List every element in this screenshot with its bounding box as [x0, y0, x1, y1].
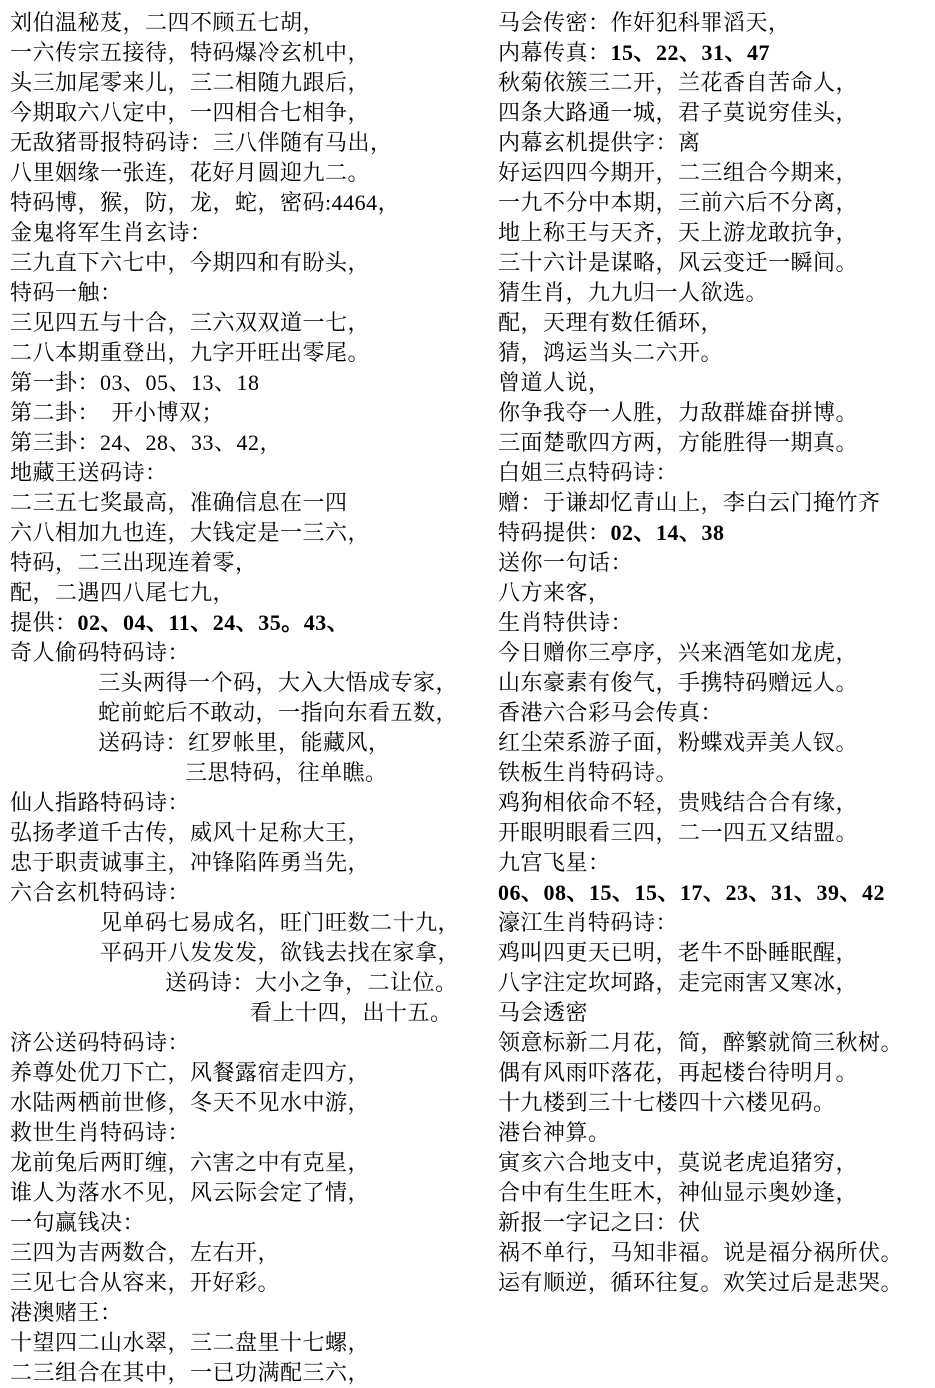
- line-text: 地藏王送码诗：: [10, 460, 168, 485]
- text-line: 开眼明眼看三四，二一四五又结盟。: [498, 818, 935, 848]
- line-text: 第二卦： 开小博双；: [10, 400, 224, 425]
- line-text: 八方来客，: [498, 580, 611, 605]
- line-text: 送码诗：大小之争，二让位。: [165, 970, 458, 995]
- text-line: 头三加尾零来儿，三二相随九跟后，: [10, 68, 480, 98]
- line-text: 港台神算。: [498, 1120, 611, 1145]
- line-text: 二三五七奖最高，准确信息在一四: [10, 490, 348, 515]
- text-line: 配，二遇四八尾七九，: [10, 578, 480, 608]
- text-line: 提供：02、04、11、24、35。43、: [10, 608, 480, 638]
- line-text: 山东豪素有俊气，手携特码赠远人。: [498, 670, 858, 695]
- text-line: 送码诗：红罗帐里，能藏风，: [10, 728, 480, 758]
- text-line: 马会透密: [498, 998, 935, 1028]
- line-text: 合中有生生旺木，神仙显示奥妙逢，: [498, 1180, 858, 1205]
- line-text: 九宫飞星：: [498, 850, 611, 875]
- line-text: 八字注定坎坷路，走完雨害又寒冰，: [498, 970, 858, 995]
- line-text: 鸡狗相依命不轻，贵贱结合合有缘，: [498, 790, 858, 815]
- text-line: 山东豪素有俊气，手携特码赠远人。: [498, 668, 935, 698]
- line-text: 濠江生肖特码诗：: [498, 910, 678, 935]
- line-text: 内幕传真：: [498, 40, 611, 65]
- text-line: 三十六计是谋略，风云变迁一瞬间。: [498, 248, 935, 278]
- line-text: 金鬼将军生肖玄诗：: [10, 220, 213, 245]
- text-line: 仙人指路特码诗：: [10, 788, 480, 818]
- line-text: 今期取六八定中，一四相合七相争，: [10, 100, 370, 125]
- text-line: 养尊处优刀下亡，风餐露宿走四方，: [10, 1058, 480, 1088]
- line-text: 第三卦：24、28、33、42，: [10, 430, 282, 455]
- line-text: 见单码七易成名，旺门旺数二十九，: [100, 910, 460, 935]
- line-text: 六八相加九也连，大钱定是一三六，: [10, 520, 370, 545]
- line-text: 龙前兔后两盯缠，六害之中有克星，: [10, 1150, 370, 1175]
- line-text: 偶有风雨吓落花，再起楼台待明月。: [498, 1060, 858, 1085]
- text-line: 三九直下六七中，今期四和有盼头，: [10, 248, 480, 278]
- bold-number-text: 02、04、11、24、35。43、: [78, 610, 350, 635]
- text-line: 马会传密：作奸犯科罪滔天，: [498, 8, 935, 38]
- line-text: 三九直下六七中，今期四和有盼头，: [10, 250, 370, 275]
- line-text: 特码，二三出现连着零，: [10, 550, 258, 575]
- text-line: 六合玄机特码诗：: [10, 878, 480, 908]
- line-text: 提供：: [10, 610, 78, 635]
- text-line: 濠江生肖特码诗：: [498, 908, 935, 938]
- text-line: 弘扬孝道千古传，威风十足称大王，: [10, 818, 480, 848]
- text-line: 港澳赌王：: [10, 1298, 480, 1328]
- text-line: 看上十四，出十五。: [10, 998, 480, 1028]
- line-text: 弘扬孝道千古传，威风十足称大王，: [10, 820, 370, 845]
- text-line: 祸不单行，马知非福。说是福分祸所伏。: [498, 1238, 935, 1268]
- text-line: 第二卦： 开小博双；: [10, 398, 480, 428]
- line-text: 救世生肖特码诗：: [10, 1120, 190, 1145]
- line-text: 内幕玄机提供字：离: [498, 130, 701, 155]
- text-line: 济公送码特码诗：: [10, 1028, 480, 1058]
- text-line: 三四为吉两数合，左右开，: [10, 1238, 480, 1268]
- line-text: 曾道人说，: [498, 370, 611, 395]
- right-column: 马会传密：作奸犯科罪滔天，内幕传真：15、22、31、47秋菊依簇三二开，兰花香…: [498, 8, 935, 1298]
- text-line: 偶有风雨吓落花，再起楼台待明月。: [498, 1058, 935, 1088]
- text-line: 香港六合彩马会传真：: [498, 698, 935, 728]
- text-line: 特码提供：02、14、38: [498, 518, 935, 548]
- line-text: 三十六计是谋略，风云变迁一瞬间。: [498, 250, 858, 275]
- text-line: 蛇前蛇后不敢动，一指向东看五数，: [10, 698, 480, 728]
- text-line: 刘伯温秘芨，二四不顾五七胡，: [10, 8, 480, 38]
- text-line: 地藏王送码诗：: [10, 458, 480, 488]
- line-text: 新报一字记之曰：伏: [498, 1210, 701, 1235]
- bold-number-text: 02、14、38: [611, 520, 725, 545]
- line-text: 一句赢钱决：: [10, 1210, 145, 1235]
- line-text: 济公送码特码诗：: [10, 1030, 190, 1055]
- text-line: 送码诗：大小之争，二让位。: [10, 968, 480, 998]
- line-text: 鸡叫四更天已明，老牛不卧睡眠醒，: [498, 940, 858, 965]
- line-text: 白姐三点特码诗：: [498, 460, 678, 485]
- line-text: 港澳赌王：: [10, 1300, 123, 1325]
- line-text: 一六传宗五接待，特码爆冷玄机中，: [10, 40, 370, 65]
- text-line: 特码，二三出现连着零，: [10, 548, 480, 578]
- text-line: 谁人为落水不见，风云际会定了情，: [10, 1178, 480, 1208]
- line-text: 无敌猪哥报特码诗：三八伴随有马出，: [10, 130, 393, 155]
- line-text: 三面楚歌四方两，方能胜得一期真。: [498, 430, 858, 455]
- text-line: 二三五七奖最高，准确信息在一四: [10, 488, 480, 518]
- line-text: 送码诗：红罗帐里，能藏风，: [98, 730, 391, 755]
- line-text: 特码博，猴，防，龙，蛇，密码:4464，: [10, 190, 400, 215]
- text-line: 特码一触：: [10, 278, 480, 308]
- text-line: 铁板生肖特码诗。: [498, 758, 935, 788]
- text-line: 猜生肖，九九归一人欲选。: [498, 278, 935, 308]
- text-line: 一句赢钱决：: [10, 1208, 480, 1238]
- line-text: 送你一句话：: [498, 550, 633, 575]
- text-line: 三思特码，往单瞧。: [10, 758, 480, 788]
- line-text: 三见七合从容来，开好彩。: [10, 1270, 280, 1295]
- text-line: 忠于职责诚事主，冲锋陷阵勇当先，: [10, 848, 480, 878]
- text-line: 红尘荣系游子面，粉蝶戏弄美人钗。: [498, 728, 935, 758]
- text-line: 生肖特供诗：: [498, 608, 935, 638]
- text-line: 见单码七易成名，旺门旺数二十九，: [10, 908, 480, 938]
- text-line: 今日赠你三亭序，兴来酒笔如龙虎，: [498, 638, 935, 668]
- text-line: 水陆两栖前世修，冬天不见水中游，: [10, 1088, 480, 1118]
- line-text: 十望四二山水翠，三二盘里十七螺，: [10, 1330, 370, 1355]
- line-text: 第一卦：03、05、13、18: [10, 370, 260, 395]
- line-text: 四条大路通一城，君子莫说穷佳头，: [498, 100, 858, 125]
- text-line: 二三组合在其中，一已功满配三六，: [10, 1358, 480, 1388]
- text-line: 九宫飞星：: [498, 848, 935, 878]
- text-line: 十九楼到三十七楼四十六楼见码。: [498, 1088, 935, 1118]
- text-line: 六八相加九也连，大钱定是一三六，: [10, 518, 480, 548]
- text-line: 四条大路通一城，君子莫说穷佳头，: [498, 98, 935, 128]
- text-line: 合中有生生旺木，神仙显示奥妙逢，: [498, 1178, 935, 1208]
- left-column: 刘伯温秘芨，二四不顾五七胡，一六传宗五接待，特码爆冷玄机中，头三加尾零来儿，三二…: [10, 8, 480, 1388]
- text-line: 赠：于谦却忆青山上，李白云门掩竹齐: [498, 488, 935, 518]
- line-text: 谁人为落水不见，风云际会定了情，: [10, 1180, 370, 1205]
- text-line: 第一卦：03、05、13、18: [10, 368, 480, 398]
- text-line: 二八本期重登出，九字开旺出零尾。: [10, 338, 480, 368]
- text-line: 送你一句话：: [498, 548, 935, 578]
- text-line: 鸡叫四更天已明，老牛不卧睡眠醒，: [498, 938, 935, 968]
- text-line: 06、08、15、15、17、23、31、39、42: [498, 878, 935, 908]
- text-line: 三头两得一个码，大入大悟成专家，: [10, 668, 480, 698]
- line-text: 水陆两栖前世修，冬天不见水中游，: [10, 1090, 370, 1115]
- text-line: 八里姻缘一张连，花好月圆迎九二。: [10, 158, 480, 188]
- text-line: 内幕传真：15、22、31、47: [498, 38, 935, 68]
- text-line: 配，天理有数任循环，: [498, 308, 935, 338]
- text-line: 好运四四今期开，二三组合今期来，: [498, 158, 935, 188]
- text-line: 鸡狗相依命不轻，贵贱结合合有缘，: [498, 788, 935, 818]
- text-line: 十望四二山水翠，三二盘里十七螺，: [10, 1328, 480, 1358]
- line-text: 赠：于谦却忆青山上，李白云门掩竹齐: [498, 490, 881, 515]
- line-text: 猜生肖，九九归一人欲选。: [498, 280, 768, 305]
- line-text: 头三加尾零来儿，三二相随九跟后，: [10, 70, 370, 95]
- line-text: 平码开八发发发，欲钱去找在家拿，: [100, 940, 460, 965]
- line-text: 养尊处优刀下亡，风餐露宿走四方，: [10, 1060, 370, 1085]
- bold-number-text: 15、22、31、47: [611, 40, 771, 65]
- text-line: 内幕玄机提供字：离: [498, 128, 935, 158]
- text-line: 白姐三点特码诗：: [498, 458, 935, 488]
- text-line: 第三卦：24、28、33、42，: [10, 428, 480, 458]
- text-line: 运有顺逆，循环往复。欢笑过后是悲哭。: [498, 1268, 935, 1298]
- text-line: 港台神算。: [498, 1118, 935, 1148]
- line-text: 特码一触：: [10, 280, 123, 305]
- text-line: 金鬼将军生肖玄诗：: [10, 218, 480, 248]
- line-text: 马会透密: [498, 1000, 588, 1025]
- line-text: 领意标新二月花，简，醉繁就简三秋树。: [498, 1030, 903, 1055]
- text-line: 奇人偷码特码诗：: [10, 638, 480, 668]
- line-text: 仙人指路特码诗：: [10, 790, 190, 815]
- document-page: 刘伯温秘芨，二四不顾五七胡，一六传宗五接待，特码爆冷玄机中，头三加尾零来儿，三二…: [0, 0, 935, 1388]
- text-line: 八方来客，: [498, 578, 935, 608]
- text-line: 新报一字记之曰：伏: [498, 1208, 935, 1238]
- line-text: 好运四四今期开，二三组合今期来，: [498, 160, 858, 185]
- line-text: 特码提供：: [498, 520, 611, 545]
- text-line: 三见七合从容来，开好彩。: [10, 1268, 480, 1298]
- line-text: 香港六合彩马会传真：: [498, 700, 723, 725]
- line-text: 六合玄机特码诗：: [10, 880, 190, 905]
- line-text: 忠于职责诚事主，冲锋陷阵勇当先，: [10, 850, 370, 875]
- line-text: 看上十四，出十五。: [250, 1000, 453, 1025]
- text-line: 龙前兔后两盯缠，六害之中有克星，: [10, 1148, 480, 1178]
- line-text: 三头两得一个码，大入大悟成专家，: [98, 670, 458, 695]
- text-line: 寅亥六合地支中，莫说老虎追猪穷，: [498, 1148, 935, 1178]
- text-line: 领意标新二月花，简，醉繁就简三秋树。: [498, 1028, 935, 1058]
- line-text: 配，天理有数任循环，: [498, 310, 723, 335]
- text-line: 平码开八发发发，欲钱去找在家拿，: [10, 938, 480, 968]
- text-line: 一九不分中本期，三前六后不分离，: [498, 188, 935, 218]
- line-text: 二八本期重登出，九字开旺出零尾。: [10, 340, 370, 365]
- line-text: 刘伯温秘芨，二四不顾五七胡，: [10, 10, 325, 35]
- bold-number-text: 06、08、15、15、17、23、31、39、42: [498, 880, 885, 905]
- text-line: 曾道人说，: [498, 368, 935, 398]
- line-text: 地上称王与天齐，天上游龙敢抗争，: [498, 220, 858, 245]
- line-text: 八里姻缘一张连，花好月圆迎九二。: [10, 160, 370, 185]
- text-line: 救世生肖特码诗：: [10, 1118, 480, 1148]
- line-text: 生肖特供诗：: [498, 610, 633, 635]
- text-line: 三面楚歌四方两，方能胜得一期真。: [498, 428, 935, 458]
- line-text: 祸不单行，马知非福。说是福分祸所伏。: [498, 1240, 903, 1265]
- line-text: 开眼明眼看三四，二一四五又结盟。: [498, 820, 858, 845]
- line-text: 寅亥六合地支中，莫说老虎追猪穷，: [498, 1150, 858, 1175]
- line-text: 奇人偷码特码诗：: [10, 640, 190, 665]
- line-text: 三见四五与十合，三六双双道一七，: [10, 310, 370, 335]
- text-line: 无敌猪哥报特码诗：三八伴随有马出，: [10, 128, 480, 158]
- line-text: 马会传密：作奸犯科罪滔天，: [498, 10, 791, 35]
- line-text: 一九不分中本期，三前六后不分离，: [498, 190, 858, 215]
- line-text: 猜，鸿运当头二六开。: [498, 340, 723, 365]
- line-text: 蛇前蛇后不敢动，一指向东看五数，: [98, 700, 458, 725]
- text-line: 今期取六八定中，一四相合七相争，: [10, 98, 480, 128]
- text-line: 三见四五与十合，三六双双道一七，: [10, 308, 480, 338]
- line-text: 二三组合在其中，一已功满配三六，: [10, 1360, 370, 1385]
- text-line: 你争我夺一人胜，力敌群雄奋拼博。: [498, 398, 935, 428]
- text-line: 八字注定坎坷路，走完雨害又寒冰，: [498, 968, 935, 998]
- text-line: 地上称王与天齐，天上游龙敢抗争，: [498, 218, 935, 248]
- text-line: 秋菊依簇三二开，兰花香自苦命人，: [498, 68, 935, 98]
- line-text: 秋菊依簇三二开，兰花香自苦命人，: [498, 70, 858, 95]
- text-line: 一六传宗五接待，特码爆冷玄机中，: [10, 38, 480, 68]
- line-text: 运有顺逆，循环往复。欢笑过后是悲哭。: [498, 1270, 903, 1295]
- line-text: 配，二遇四八尾七九，: [10, 580, 235, 605]
- line-text: 今日赠你三亭序，兴来酒笔如龙虎，: [498, 640, 858, 665]
- line-text: 三思特码，往单瞧。: [185, 760, 388, 785]
- line-text: 铁板生肖特码诗。: [498, 760, 678, 785]
- text-line: 猜，鸿运当头二六开。: [498, 338, 935, 368]
- text-line: 特码博，猴，防，龙，蛇，密码:4464，: [10, 188, 480, 218]
- line-text: 你争我夺一人胜，力敌群雄奋拼博。: [498, 400, 858, 425]
- line-text: 红尘荣系游子面，粉蝶戏弄美人钗。: [498, 730, 858, 755]
- line-text: 三四为吉两数合，左右开，: [10, 1240, 280, 1265]
- line-text: 十九楼到三十七楼四十六楼见码。: [498, 1090, 836, 1115]
